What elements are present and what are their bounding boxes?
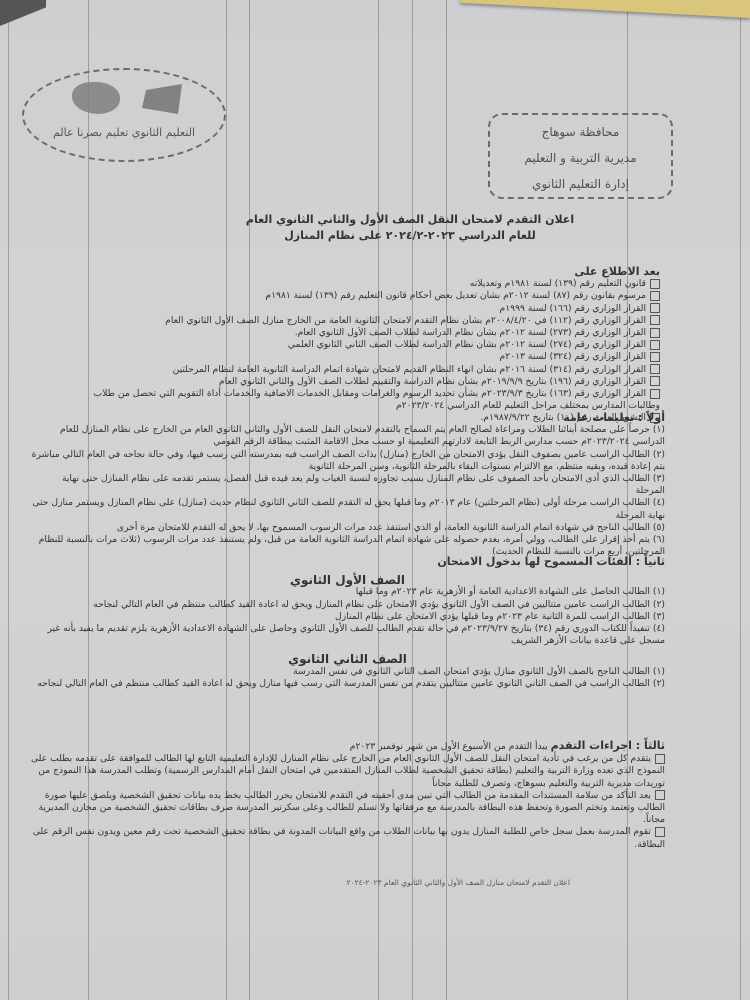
section-general-instructions: أولاً : تعليمات عامة (١) حرصاً على مصلحة… — [30, 412, 665, 558]
instruction-item: (٤) الطالب الراسب مرحلة أولى (نظام المرح… — [30, 497, 665, 521]
procedure-item: بعد التأكد من سلامة المستندات المقدمة من… — [30, 790, 665, 827]
checkbox-icon — [655, 754, 665, 764]
page-footer: اعلان التقدم لامتحان منازل الصف الأول وا… — [240, 878, 570, 887]
grade1-item: (١) الطالب الحاصل على الشهادة الاعدادية … — [30, 586, 665, 598]
title-line-2: للعام الدراسي ٢٠٢٣-٢٠٢٤/٢ على نظام المنا… — [230, 228, 590, 244]
grade1-heading: الصف الأول الثانوي — [30, 574, 665, 586]
checkbox-icon — [655, 790, 665, 800]
checkbox-icon — [650, 303, 660, 313]
grade2-heading: الصف الثاني الثانوي — [30, 653, 665, 665]
directorate-stamp-box: محافظة سوهاج مديرية التربية و التعليم إد… — [488, 113, 673, 199]
instruction-item: (٣) الطالب الذي أدى الامتحان بأحد الصفوف… — [30, 473, 665, 497]
reference-item: القرار الوزاري رقم (٢٧٣) لسنة ٢٠١٢م بشأن… — [60, 327, 660, 339]
photo-edge-shadow — [0, 0, 46, 26]
checkbox-icon — [650, 376, 660, 386]
reference-item: القرار الوزاري رقم (٣٢٤) لسنة ٢٠١٣م — [60, 351, 660, 363]
scanned-paper: التعليم الثانوي تعليم بصرنا عالم محافظة … — [0, 0, 750, 1000]
reference-item: القرار الوزاري رقم (١٦٦) لسنة ١٩٩٩م — [60, 303, 660, 315]
references-block: بعد الاطلاع على قانون التعليم رقم (١٣٩) … — [60, 266, 660, 425]
grade1-item: (٢) الطالب الراسب عامين متتاليين في الصف… — [30, 599, 665, 611]
book-icon — [142, 84, 182, 114]
procedures-intro: يبدأ التقدم من الأسبوع الأول من شهر نوفم… — [350, 741, 548, 752]
references-heading: بعد الاطلاع على — [60, 266, 660, 278]
procedure-item: تقوم المدرسة بعمل سجل خاص للطلبة المنازل… — [30, 826, 665, 850]
checkbox-icon — [650, 364, 660, 374]
section-heading: أولاً : تعليمات عامة — [30, 412, 665, 424]
instruction-item: (١) حرصاً على مصلحة أبنائنا الطلاب ومراع… — [30, 424, 665, 448]
checkbox-icon — [650, 291, 660, 301]
section-application-procedures: ثالثاً : اجراءات التقدم يبدأ التقدم من ا… — [30, 740, 665, 851]
checkbox-icon — [650, 328, 660, 338]
reference-item: القرار الوزاري رقم (٢٧٤) لسنة ٢٠١٢م بشأن… — [60, 339, 660, 351]
grade1-item: (٤) تنفيذاً للكتاب الدوري رقم (٣٤) بتاري… — [30, 623, 665, 647]
section-heading: ثانياً : الفئات المسموح لها بدخول الامتح… — [30, 556, 665, 568]
stamp-line: مديرية التربية و التعليم — [490, 145, 671, 171]
grade2-item: (١) الطالب الناجح بالصف الأول الثانوي من… — [30, 666, 665, 678]
checkbox-icon — [650, 315, 660, 325]
reference-item: القرار الوزاري رقم (١٦٣) بتاريخ ٢٠٢٣/٩/٣… — [60, 388, 660, 412]
photo-edge-yellow — [460, 0, 750, 18]
reference-item: القرار الوزاري رقم (١١٢) في ٢٠٠٨/٤/٢٠م ب… — [60, 315, 660, 327]
section-eligible-categories: ثانياً : الفئات المسموح لها بدخول الامتح… — [30, 556, 665, 690]
instruction-item: (٥) الطالب الناجح في شهادة اتمام الدراسة… — [30, 522, 665, 534]
checkbox-icon — [655, 827, 665, 837]
reference-item: قانون التعليم رقم (١٣٩) لسنة ١٩٨١م وتعدي… — [60, 278, 660, 290]
stamp-line: إدارة التعليم الثانوي — [490, 171, 671, 197]
checkbox-icon — [650, 352, 660, 362]
reference-item: مرسوم بقانون رقم (٨٧) لسنة ٢٠١٢م بشأن تع… — [60, 290, 660, 302]
section-heading: ثالثاً : اجراءات التقدم — [551, 739, 665, 752]
checkbox-icon — [650, 279, 660, 289]
instruction-item: (٢) الطالب الراسب عامين بصفوف النقل يؤدي… — [30, 449, 665, 473]
school-stamp-oval: التعليم الثانوي تعليم بصرنا عالم — [22, 68, 226, 162]
reference-item: القرار الوزاري رقم (٣١٤) لسنة ٢٠١٦م بشأن… — [60, 364, 660, 376]
grade2-item: (٢) الطالب الراسب في الصف الثاني الثانوي… — [30, 678, 665, 690]
procedure-item: يتقدم كل من يرغب في تأدية امتحان النقل ل… — [30, 753, 665, 790]
emblem-icon — [72, 82, 120, 114]
reference-item: القرار الوزاري رقم (١٩٦) بتاريخ ٢٠١٩/٩/٩… — [60, 376, 660, 388]
grade1-item: (٣) الطالب الراسب للمرة الثانية عام ٢٠٢٣… — [30, 611, 665, 623]
checkbox-icon — [650, 340, 660, 350]
document-title: اعلان التقدم لامتحان النقل الصف الأول وا… — [230, 212, 590, 244]
title-line-1: اعلان التقدم لامتحان النقل الصف الأول وا… — [230, 212, 590, 228]
checkbox-icon — [650, 389, 660, 399]
stamp-text: التعليم الثانوي تعليم بصرنا عالم — [24, 126, 224, 139]
stamp-line: محافظة سوهاج — [490, 119, 671, 145]
